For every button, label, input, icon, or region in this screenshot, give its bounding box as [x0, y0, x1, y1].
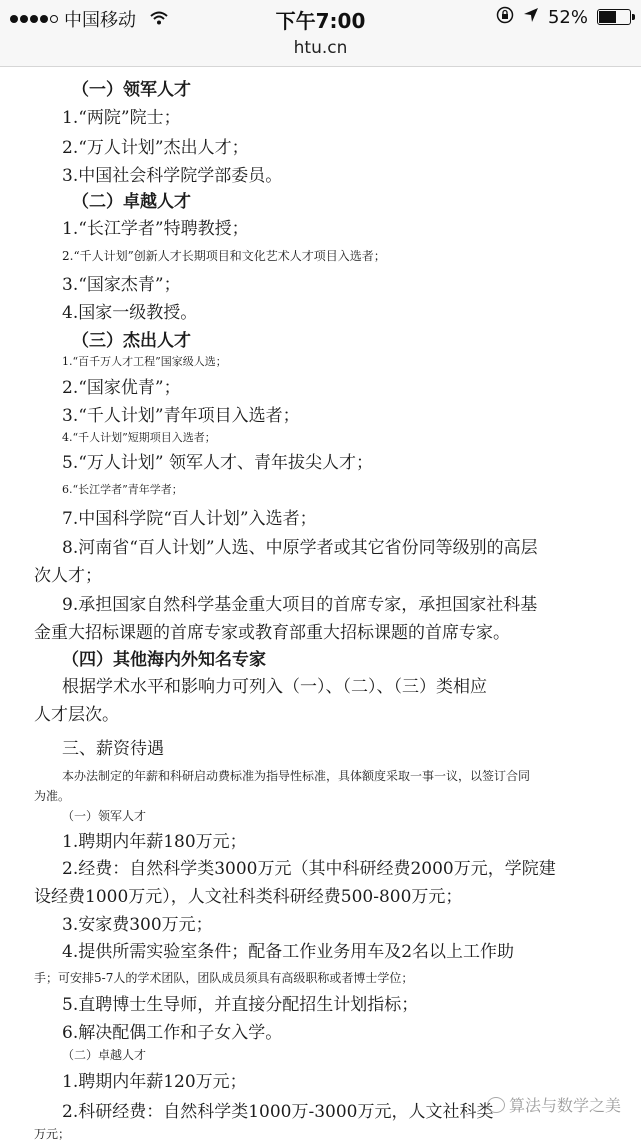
document-line: 本办法制定的年薪和科研启动费标准为指导性标准，具体额度采取一事一议，以签订合同 [62, 767, 530, 784]
document-line: 7.中国科学院“百人计划”入选者； [62, 504, 317, 529]
browser-top-bar: 中国移动 下午7:00 52% htu.cn [0, 0, 641, 67]
address-bar-url[interactable]: htu.cn [0, 38, 641, 58]
section-heading: （一）领军人才 [72, 75, 191, 100]
document-line: （二）卓越人才 [62, 1046, 146, 1063]
document-line: 三、薪资待遇 [62, 734, 164, 759]
document-line: 2.“千人计划”创新人才长期项目和文化艺术人才项目入选者； [62, 247, 386, 264]
document-line: 5.“万人计划” 领军人才、青年拔尖人才； [62, 448, 373, 473]
section-heading: （四）其他海内外知名专家 [62, 645, 266, 670]
status-right: 52% [496, 6, 631, 28]
document-line: 3.中国社会科学院学部委员。 [62, 161, 282, 186]
document-line: 8.河南省“百人计划”人选、中原学者或其它省份同等级别的高层 [62, 533, 538, 558]
section-heading: （二）卓越人才 [72, 187, 191, 212]
document-line: 1.聘期内年薪180万元； [62, 827, 247, 852]
location-arrow-icon [523, 7, 539, 27]
rotation-lock-icon [496, 6, 514, 28]
document-line: 2.科研经费：自然科学类1000万-3000万元，人文社科类 [62, 1097, 494, 1122]
document-line: 人才层次。 [34, 700, 119, 725]
document-line: 3.“国家杰青”； [62, 270, 181, 295]
document-line: 1.“两院”院士； [62, 103, 181, 128]
document-line: 9.承担国家自然科学基金重大项目的首席专家，承担国家社科基 [62, 590, 537, 615]
document-line: 1.聘期内年薪120万元； [62, 1067, 247, 1092]
watermark-text: 算法与数学之美 [509, 1093, 621, 1116]
document-line: 1.“百千万人才工程”国家级人选； [62, 353, 227, 369]
document-line: 金重大招标课题的首席专家或教育部重大招标课题的首席专家。 [34, 618, 510, 643]
document-line: （一）领军人才 [62, 807, 146, 824]
wechat-icon [487, 1097, 505, 1113]
document-line: 4.“千人计划”短期项目入选者； [62, 429, 216, 445]
document-line: 为准。 [34, 787, 70, 804]
status-bar: 中国移动 下午7:00 52% [0, 4, 641, 32]
document-line: 根据学术水平和影响力可列入（一）、（二）、（三）类相应 [62, 672, 487, 697]
document-line: 万元； [34, 1125, 70, 1140]
document-content: （一）领军人才1.“两院”院士；2.“万人计划”杰出人才；3.中国社会科学院学部… [0, 67, 641, 1140]
document-line: 4.提供所需实验室条件；配备工作业务用车及2名以上工作助 [62, 937, 514, 962]
battery-icon [597, 9, 631, 25]
document-line: 3.安家费300万元； [62, 910, 213, 935]
document-line: 4.国家一级教授。 [62, 298, 197, 323]
document-line: 设经费1000万元），人文社科类科研经费500-800万元； [34, 882, 462, 907]
document-line: 2.“万人计划”杰出人才； [62, 133, 249, 158]
document-line: 5.直聘博士生导师，并直接分配招生计划指标； [62, 990, 418, 1015]
document-line: 3.“千人计划”青年项目入选者； [62, 401, 300, 426]
document-line: 次人才； [34, 561, 102, 586]
section-heading: （三）杰出人才 [72, 326, 191, 351]
document-line: 6.解决配偶工作和子女入学。 [62, 1018, 282, 1043]
watermark: 算法与数学之美 [487, 1093, 621, 1116]
battery-percent: 52% [548, 7, 588, 28]
document-line: 6.“长江学者”青年学者； [62, 481, 183, 497]
document-line: 2.经费：自然科学类3000万元（其中科研经费2000万元，学院建 [62, 854, 556, 879]
document-line: 手；可安排5-7人的学术团队，团队成员须具有高级职称或者博士学位； [34, 969, 413, 986]
document-line: 1.“长江学者”特聘教授； [62, 214, 249, 239]
document-line: 2.“国家优青”； [62, 373, 181, 398]
